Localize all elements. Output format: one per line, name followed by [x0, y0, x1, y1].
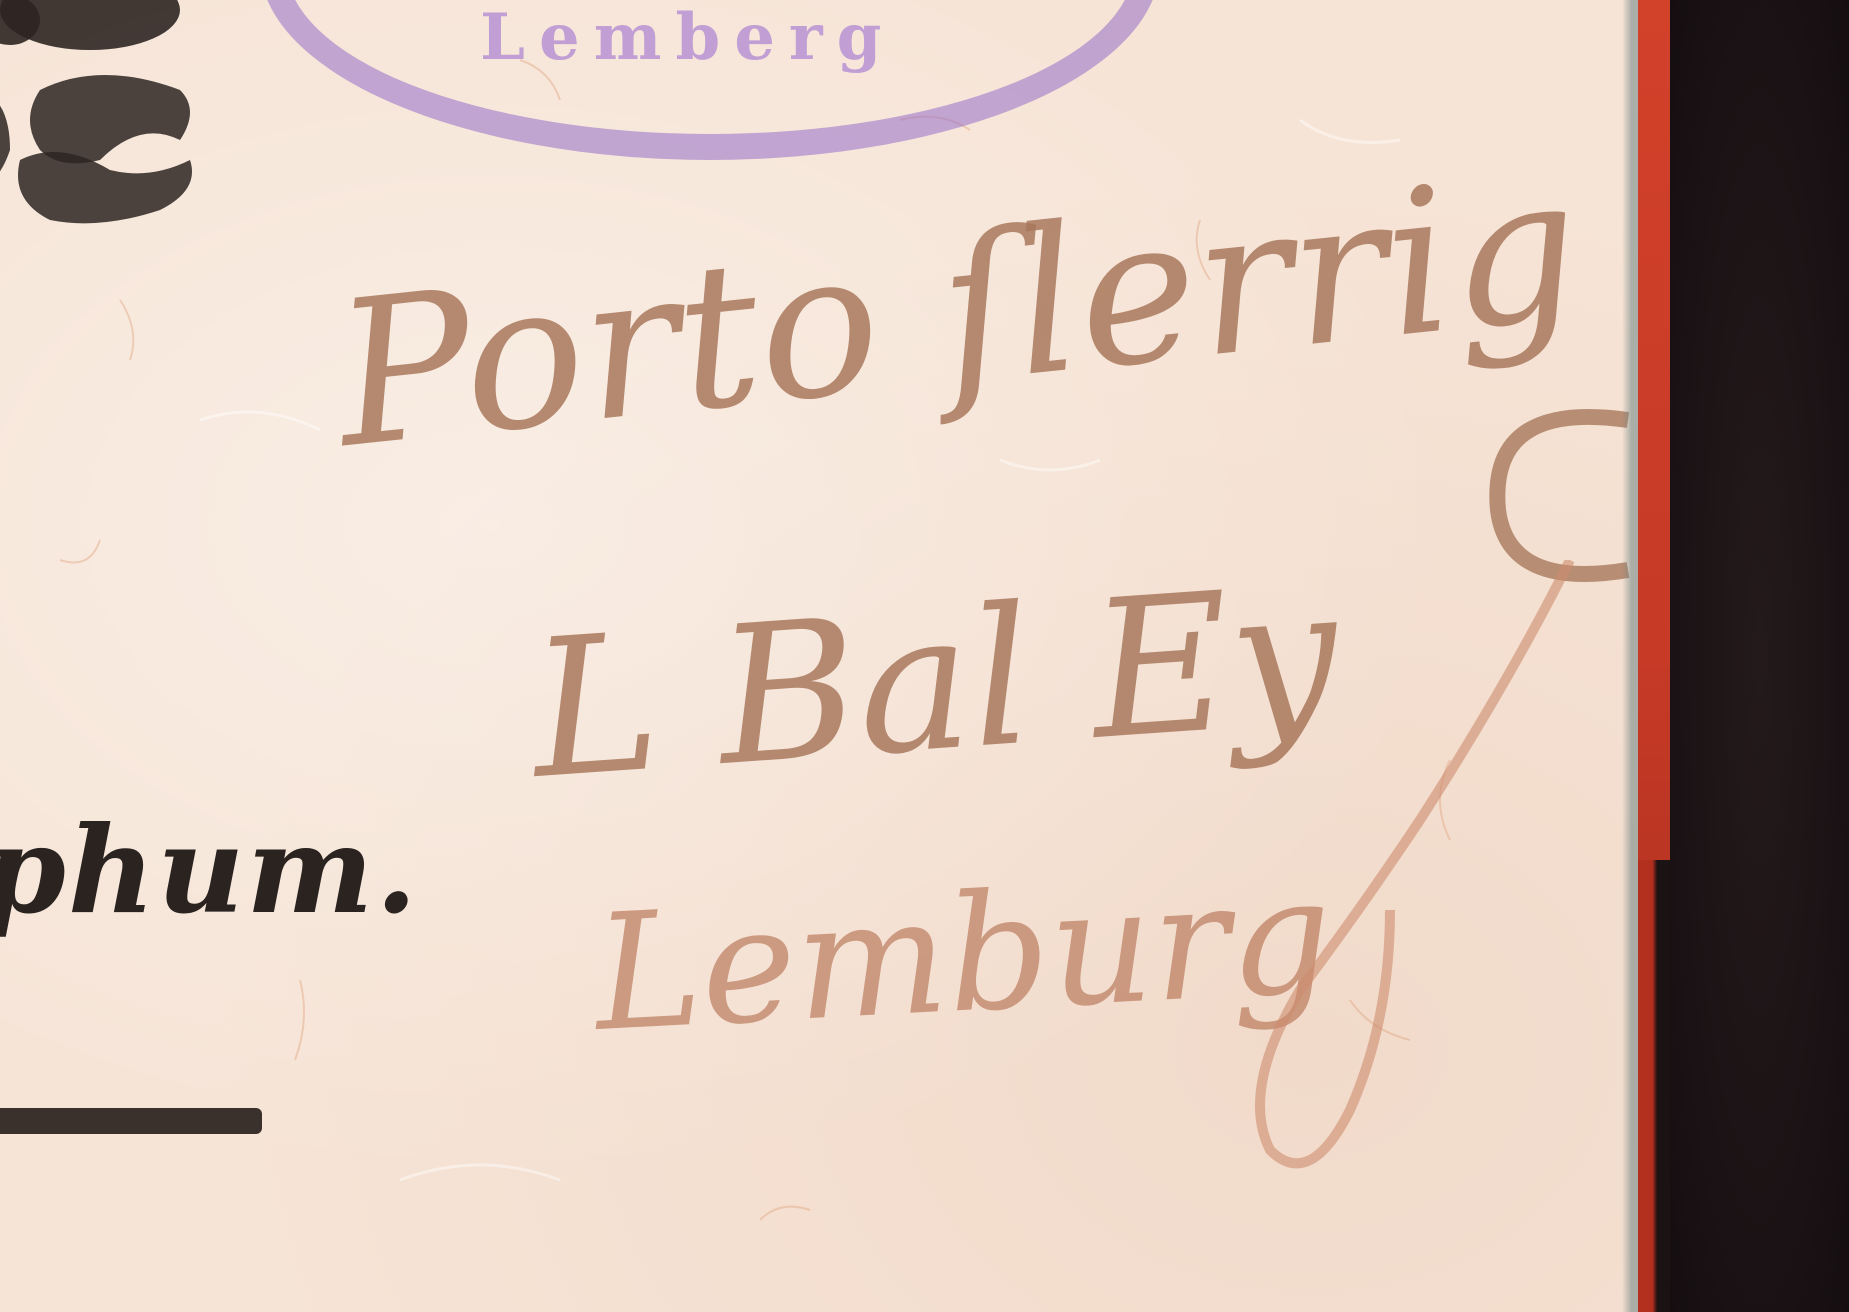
printed-rule-line [0, 1108, 262, 1134]
printed-ornament-icon [0, 0, 220, 240]
paper-document: Lemberg phum. Porto ſlerrig L Bal Ey Lem… [0, 0, 1638, 1312]
printed-word-fragment: phum. [0, 800, 419, 941]
paper-edge [1622, 0, 1638, 1312]
red-edge-strip [1638, 0, 1670, 1312]
postal-stamp-text: Lemberg [480, 0, 895, 75]
handwritten-flourish-icon [1150, 560, 1638, 1200]
black-backdrop [1670, 0, 1849, 1312]
